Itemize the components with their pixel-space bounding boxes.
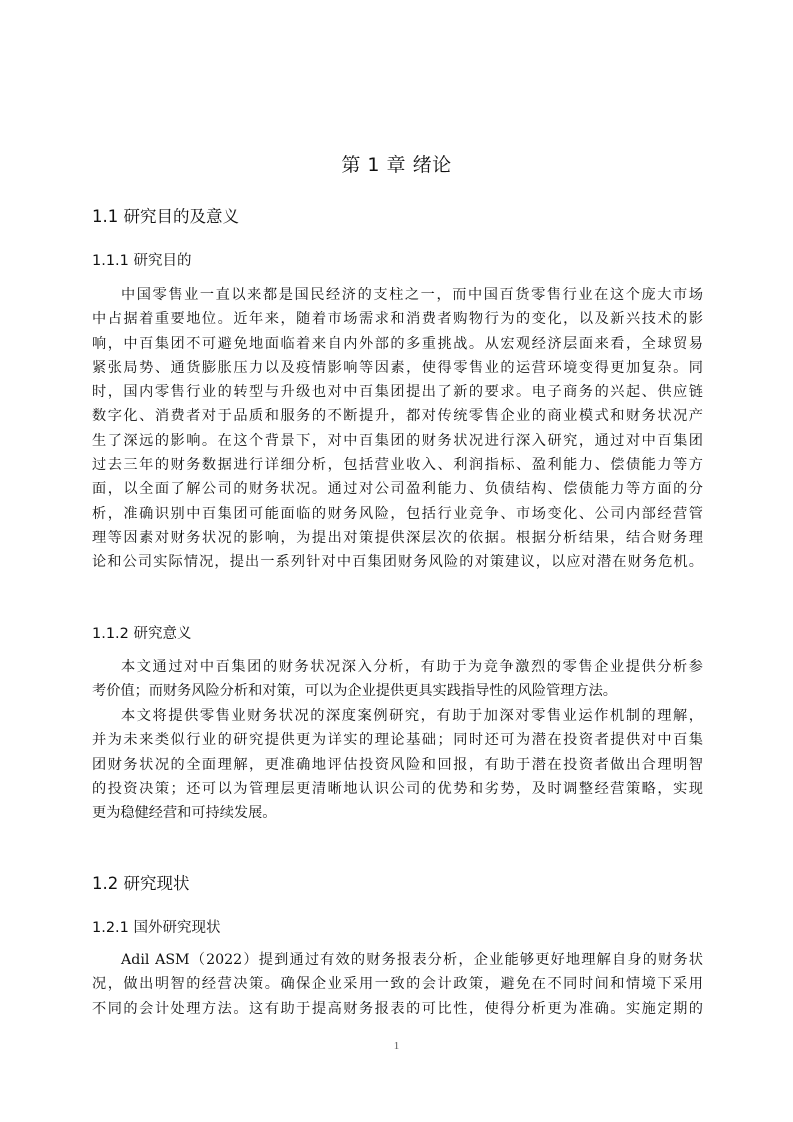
text-line: 析，准确识别中百集团可能面临的财务风险，包括行业竞争、市场变化、公司内部经营管 [92, 502, 703, 526]
text-line: 更为稳健经营和可持续发展。 [92, 801, 703, 825]
text-line: 考价值；而财务风险分析和对策，可以为企业提供更具实践指导性的风险管理方法。 [92, 679, 703, 703]
text-line: 中国零售业一直以来都是国民经济的支柱之一，而中国百货零售行业在这个庞大市场 [92, 283, 703, 307]
section-heading-1-1-2: 1.1.2 研究意义 [92, 622, 192, 643]
paragraph-research-significance-1: 本文通过对中百集团的财务状况深入分析，有助于为竞争激烈的零售企业提供分析参 考价… [92, 655, 703, 704]
text-line: 时，国内零售行业的转型与升级也对中百集团提出了新的要求。电子商务的兴起、供应链 [92, 380, 703, 404]
section-heading-1-2: 1.2 研究现状 [92, 870, 190, 894]
section-heading-1-2-1: 1.2.1 国外研究现状 [92, 916, 221, 937]
text-line: 理等因素对财务状况的影响，为提出对策提供深层次的依据。根据分析结果，结合财务理 [92, 526, 703, 550]
text-line: 过去三年的财务数据进行详细分析，包括营业收入、利润指标、盈利能力、偿债能力等方 [92, 453, 703, 477]
paragraph-foreign-research: Adil ASM（2022）提到通过有效的财务报表分析，企业能够更好地理解自身的… [92, 948, 703, 1021]
section-heading-1-1-1: 1.1.1 研究目的 [92, 249, 192, 270]
text-line: 面，以全面了解公司的财务状况。通过对公司盈利能力、负债结构、偿债能力等方面的分 [92, 477, 703, 501]
section-heading-1-1: 1.1 研究目的及意义 [92, 203, 239, 227]
text-line: 生了深远的影响。在这个背景下，对中百集团的财务状况进行深入研究，通过对中百集团 [92, 429, 703, 453]
document-page: 第 1 章 绪论 1.1 研究目的及意义 1.1.1 研究目的 中国零售业一直以… [0, 0, 793, 1122]
text-line: 的投资决策；还可以为管理层更清晰地认识公司的优势和劣势，及时调整经营策略，实现 [92, 777, 703, 801]
text-line: 本文通过对中百集团的财务状况深入分析，有助于为竞争激烈的零售企业提供分析参 [92, 655, 703, 679]
text-line: 并为未来类似行业的研究提供更为详实的理论基础；同时还可为潜在投资者提供对中百集 [92, 728, 703, 752]
text-line: 不同的会计处理方法。这有助于提高财务报表的可比性，使得分析更为准确。实施定期的 [92, 997, 703, 1021]
paragraph-research-purpose: 中国零售业一直以来都是国民经济的支柱之一，而中国百货零售行业在这个庞大市场 中占… [92, 283, 703, 575]
text-line: 论和公司实际情况，提出一系列针对中百集团财务风险的对策建议，以应对潜在财务危机。 [92, 550, 703, 574]
text-line: 况，做出明智的经营决策。确保企业采用一致的会计政策，避免在不同时间和情境下采用 [92, 972, 703, 996]
text-line: Adil ASM（2022）提到通过有效的财务报表分析，企业能够更好地理解自身的… [92, 948, 703, 972]
text-line: 响，中百集团不可避免地面临着来自内外部的多重挑战。从宏观经济层面来看，全球贸易 [92, 332, 703, 356]
text-line: 紧张局势、通货膨胀压力以及疫情影响等因素，使得零售业的运营环境变得更加复杂。同 [92, 356, 703, 380]
text-line: 中占据着重要地位。近年来，随着市场需求和消费者购物行为的变化，以及新兴技术的影 [92, 307, 703, 331]
paragraph-research-significance-2: 本文将提供零售业财务状况的深度案例研究，有助于加深对零售业运作机制的理解， 并为… [92, 704, 703, 825]
text-line: 本文将提供零售业财务状况的深度案例研究，有助于加深对零售业运作机制的理解， [92, 704, 703, 728]
text-line: 数字化、消费者对于品质和服务的不断提升，都对传统零售企业的商业模式和财务状况产 [92, 404, 703, 428]
page-number: 1 [0, 1040, 793, 1052]
text-line: 团财务状况的全面理解，更准确地评估投资风险和回报，有助于潜在投资者做出合理明智 [92, 753, 703, 777]
chapter-title: 第 1 章 绪论 [0, 150, 793, 177]
